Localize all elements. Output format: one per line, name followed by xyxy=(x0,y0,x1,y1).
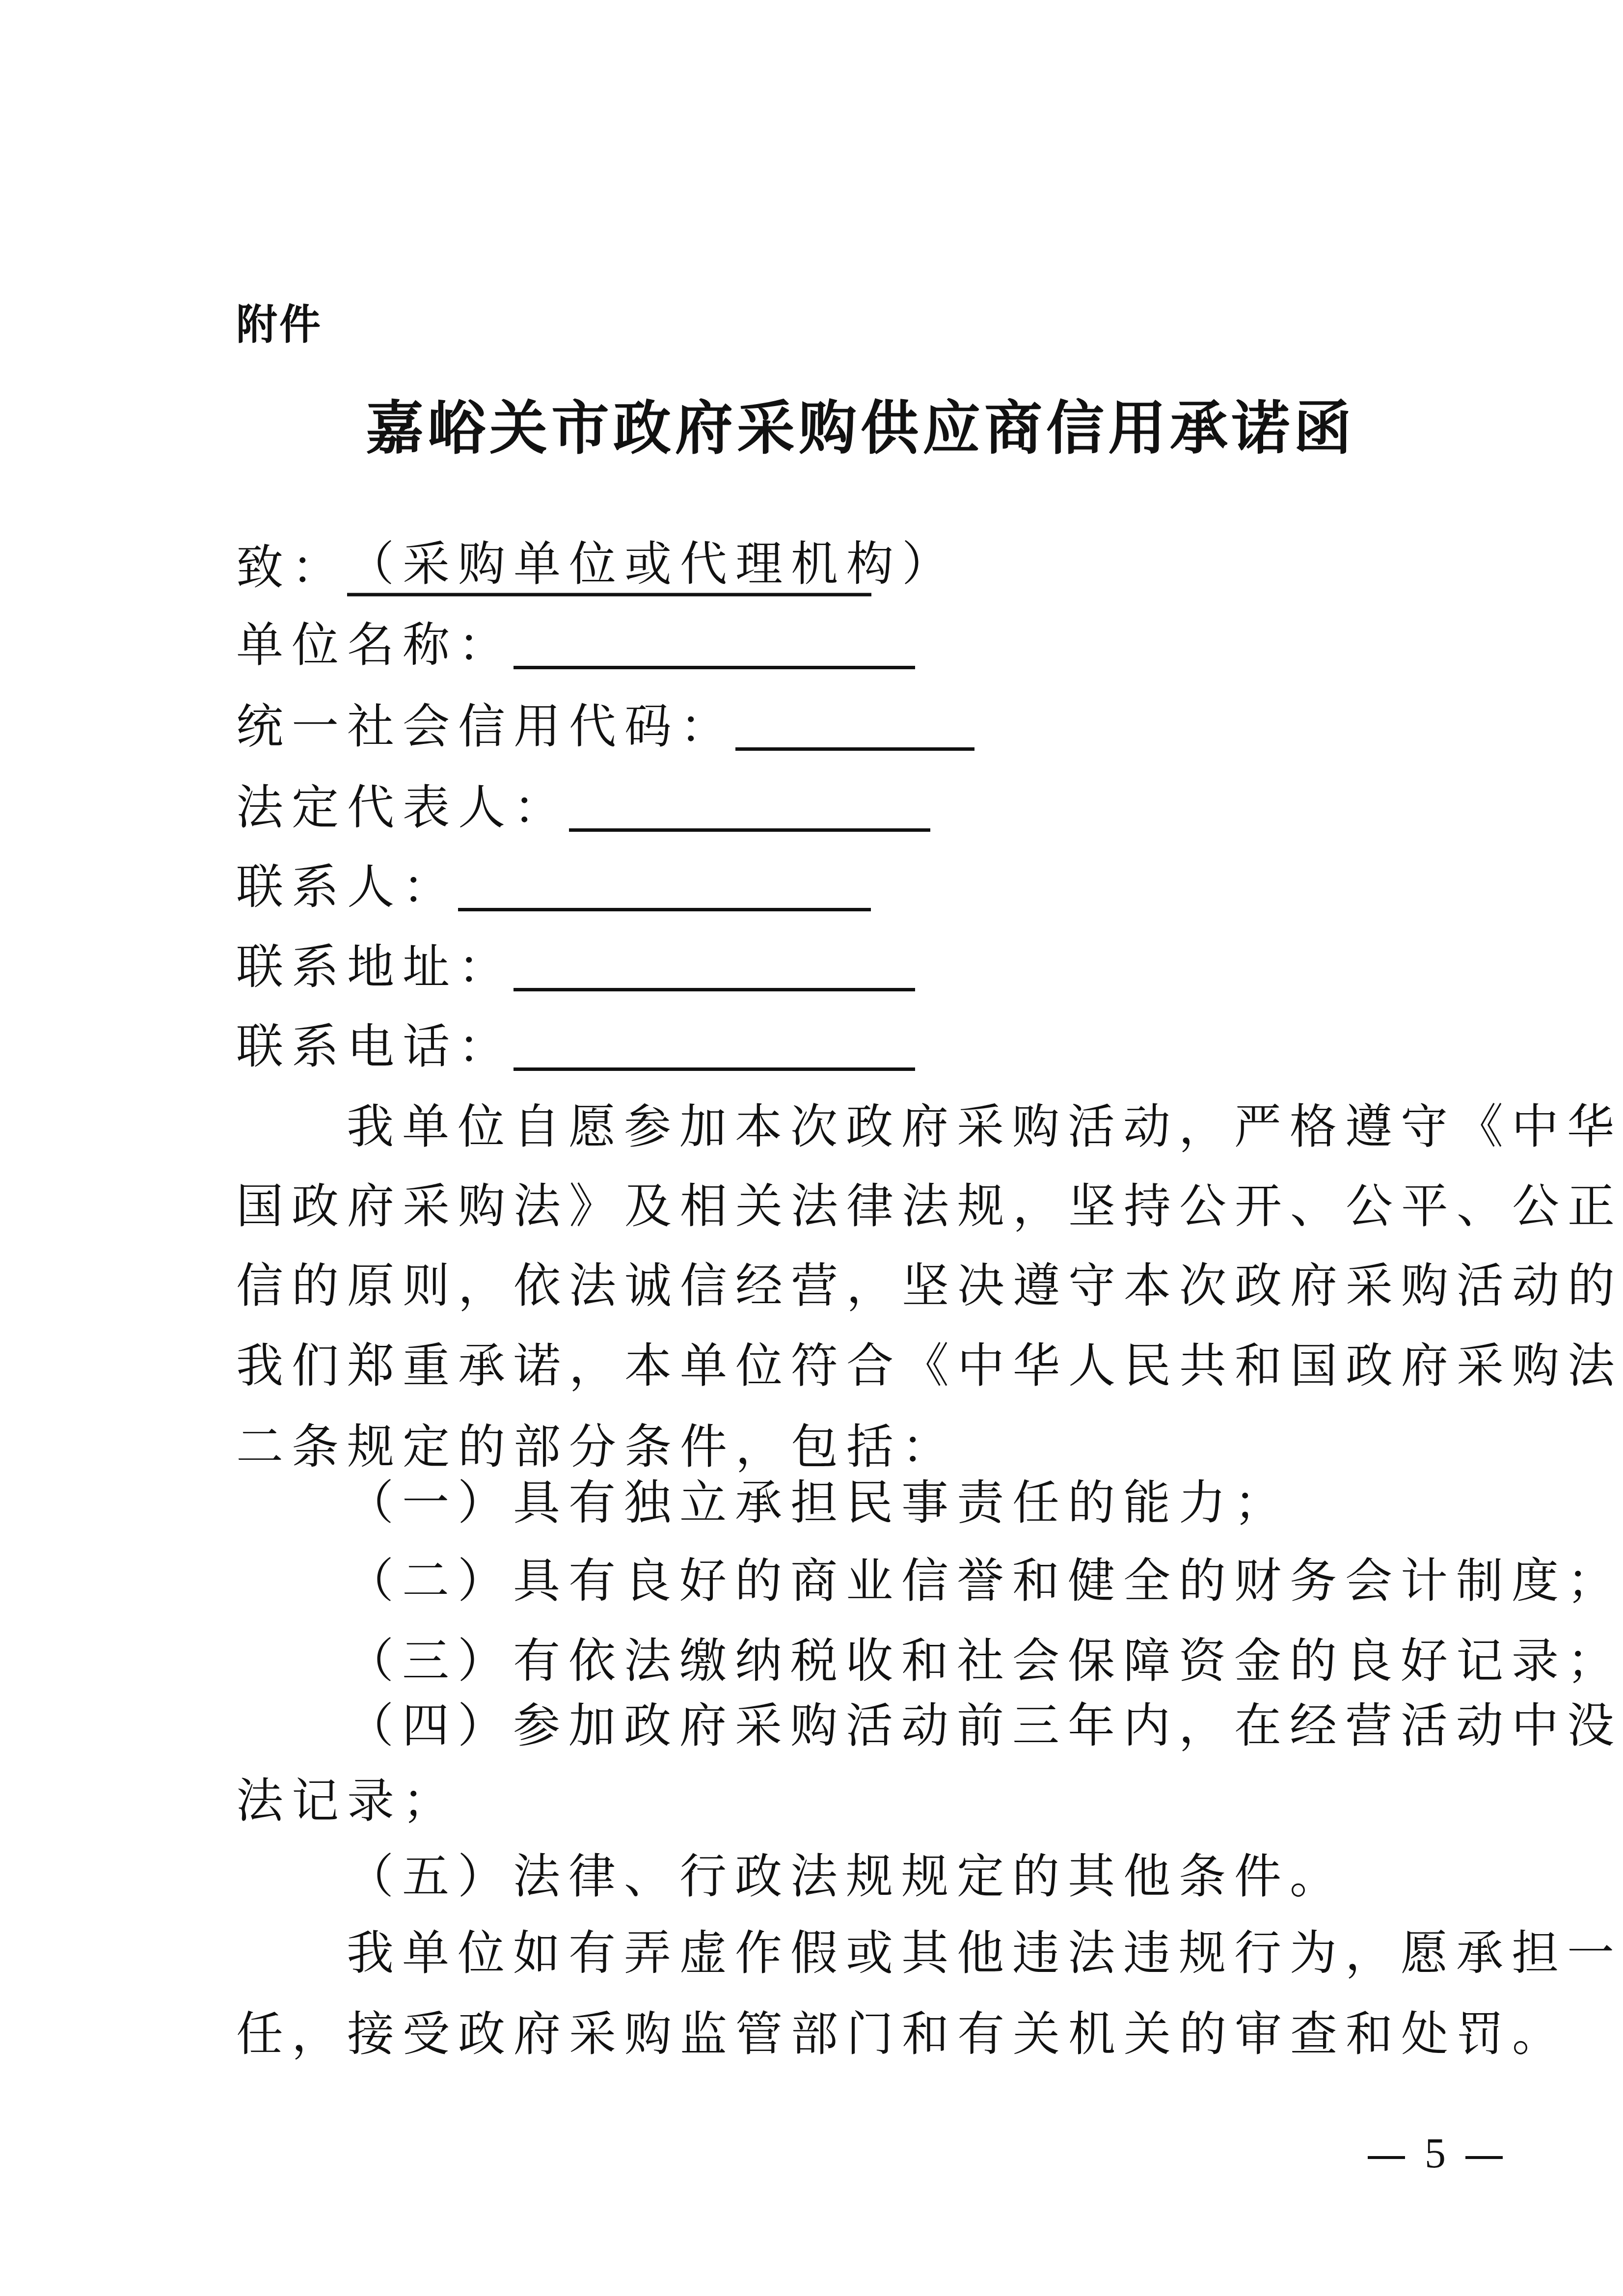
field-row-unit-name: 单位名称： xyxy=(236,615,915,674)
field-row-credit-code: 统一社会信用代码： xyxy=(236,697,974,756)
page-title: 嘉峪关市政府采购供应商信用承诺函 xyxy=(366,399,1355,458)
field-label-legal-rep: 法定代表人： xyxy=(236,778,569,837)
paragraph-line: 信的原则，依法诚信经营，坚决遵守本次政府采购活动的各项规定。 xyxy=(236,1256,1623,1315)
condition-item-4-cont: 法记录； xyxy=(236,1771,458,1830)
recipient-field[interactable]: （采购单位或代理机构） xyxy=(347,534,871,597)
contact-person-field[interactable] xyxy=(458,869,871,911)
field-row-legal-rep: 法定代表人： xyxy=(236,778,930,837)
closing-line: 我单位如有弄虚作假或其他违法违规行为，愿承担一切法律责 xyxy=(347,1923,1623,1982)
dash-left xyxy=(1368,2156,1405,2159)
paragraph-line: 我单位自愿参加本次政府采购活动，严格遵守《中华人民共和 xyxy=(347,1097,1623,1156)
field-label-contact-address: 联系地址： xyxy=(236,937,514,996)
condition-item-5: （五）法律、行政法规规定的其他条件。 xyxy=(347,1847,1345,1906)
page-number: 5 xyxy=(1348,2124,1522,2183)
paragraph-line: 国政府采购法》及相关法律法规，坚持公开、公平、公正和诚实守 xyxy=(236,1176,1623,1235)
document-page: 附件 嘉峪关市政府采购供应商信用承诺函 致： （采购单位或代理机构） 单位名称：… xyxy=(0,0,1623,2296)
condition-item-2: （二）具有良好的商业信誉和健全的财务会计制度； xyxy=(347,1551,1623,1610)
field-label-credit-code: 统一社会信用代码： xyxy=(236,697,735,756)
condition-item-4: （四）参加政府采购活动前三年内，在经营活动中没有重大违 xyxy=(347,1696,1623,1755)
legal-rep-field[interactable] xyxy=(569,789,930,832)
closing-line: 任，接受政府采购监管部门和有关机关的审查和处罚。 xyxy=(236,2004,1568,2063)
condition-item-1: （一）具有独立承担民事责任的能力； xyxy=(347,1473,1290,1532)
contact-phone-field[interactable] xyxy=(514,1028,915,1071)
unit-name-field[interactable] xyxy=(514,627,915,669)
recipient-row: 致： （采购单位或代理机构） xyxy=(236,534,871,597)
field-row-contact-phone: 联系电话： xyxy=(236,1017,915,1076)
condition-item-3: （三）有依法缴纳税收和社会保障资金的良好记录； xyxy=(347,1631,1623,1690)
field-row-contact-person: 联系人： xyxy=(236,857,871,916)
credit-code-field[interactable] xyxy=(735,708,974,751)
dash-right xyxy=(1465,2156,1503,2159)
paragraph-line: 我们郑重承诺，本单位符合《中华人民共和国政府采购法》第二十 xyxy=(236,1336,1623,1395)
contact-address-field[interactable] xyxy=(514,949,915,991)
field-label-contact-phone: 联系电话： xyxy=(236,1017,514,1076)
annex-label: 附件 xyxy=(236,295,323,354)
field-row-contact-address: 联系地址： xyxy=(236,937,915,996)
paragraph-line: 二条规定的部分条件，包括： xyxy=(236,1417,957,1476)
field-label-contact-person: 联系人： xyxy=(236,857,458,916)
recipient-label: 致： xyxy=(236,538,347,597)
page-number-value: 5 xyxy=(1425,2130,1446,2177)
field-label-unit-name: 单位名称： xyxy=(236,615,514,674)
